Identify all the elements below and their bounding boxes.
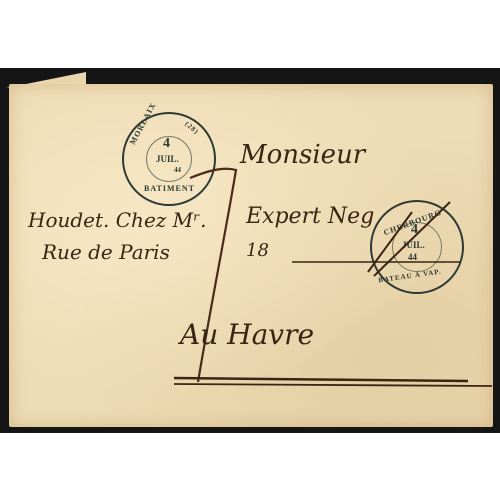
salutation: Monsieur xyxy=(240,140,365,170)
address-city: Au Havre xyxy=(180,318,314,351)
address-line2-number: 18 xyxy=(246,240,269,261)
address-line1-profession: Expert Neg xyxy=(246,204,374,229)
address-line2-street: Rue de Paris xyxy=(42,240,170,264)
address-line1-name: Houdet. Chez Mʳ. xyxy=(28,208,206,232)
